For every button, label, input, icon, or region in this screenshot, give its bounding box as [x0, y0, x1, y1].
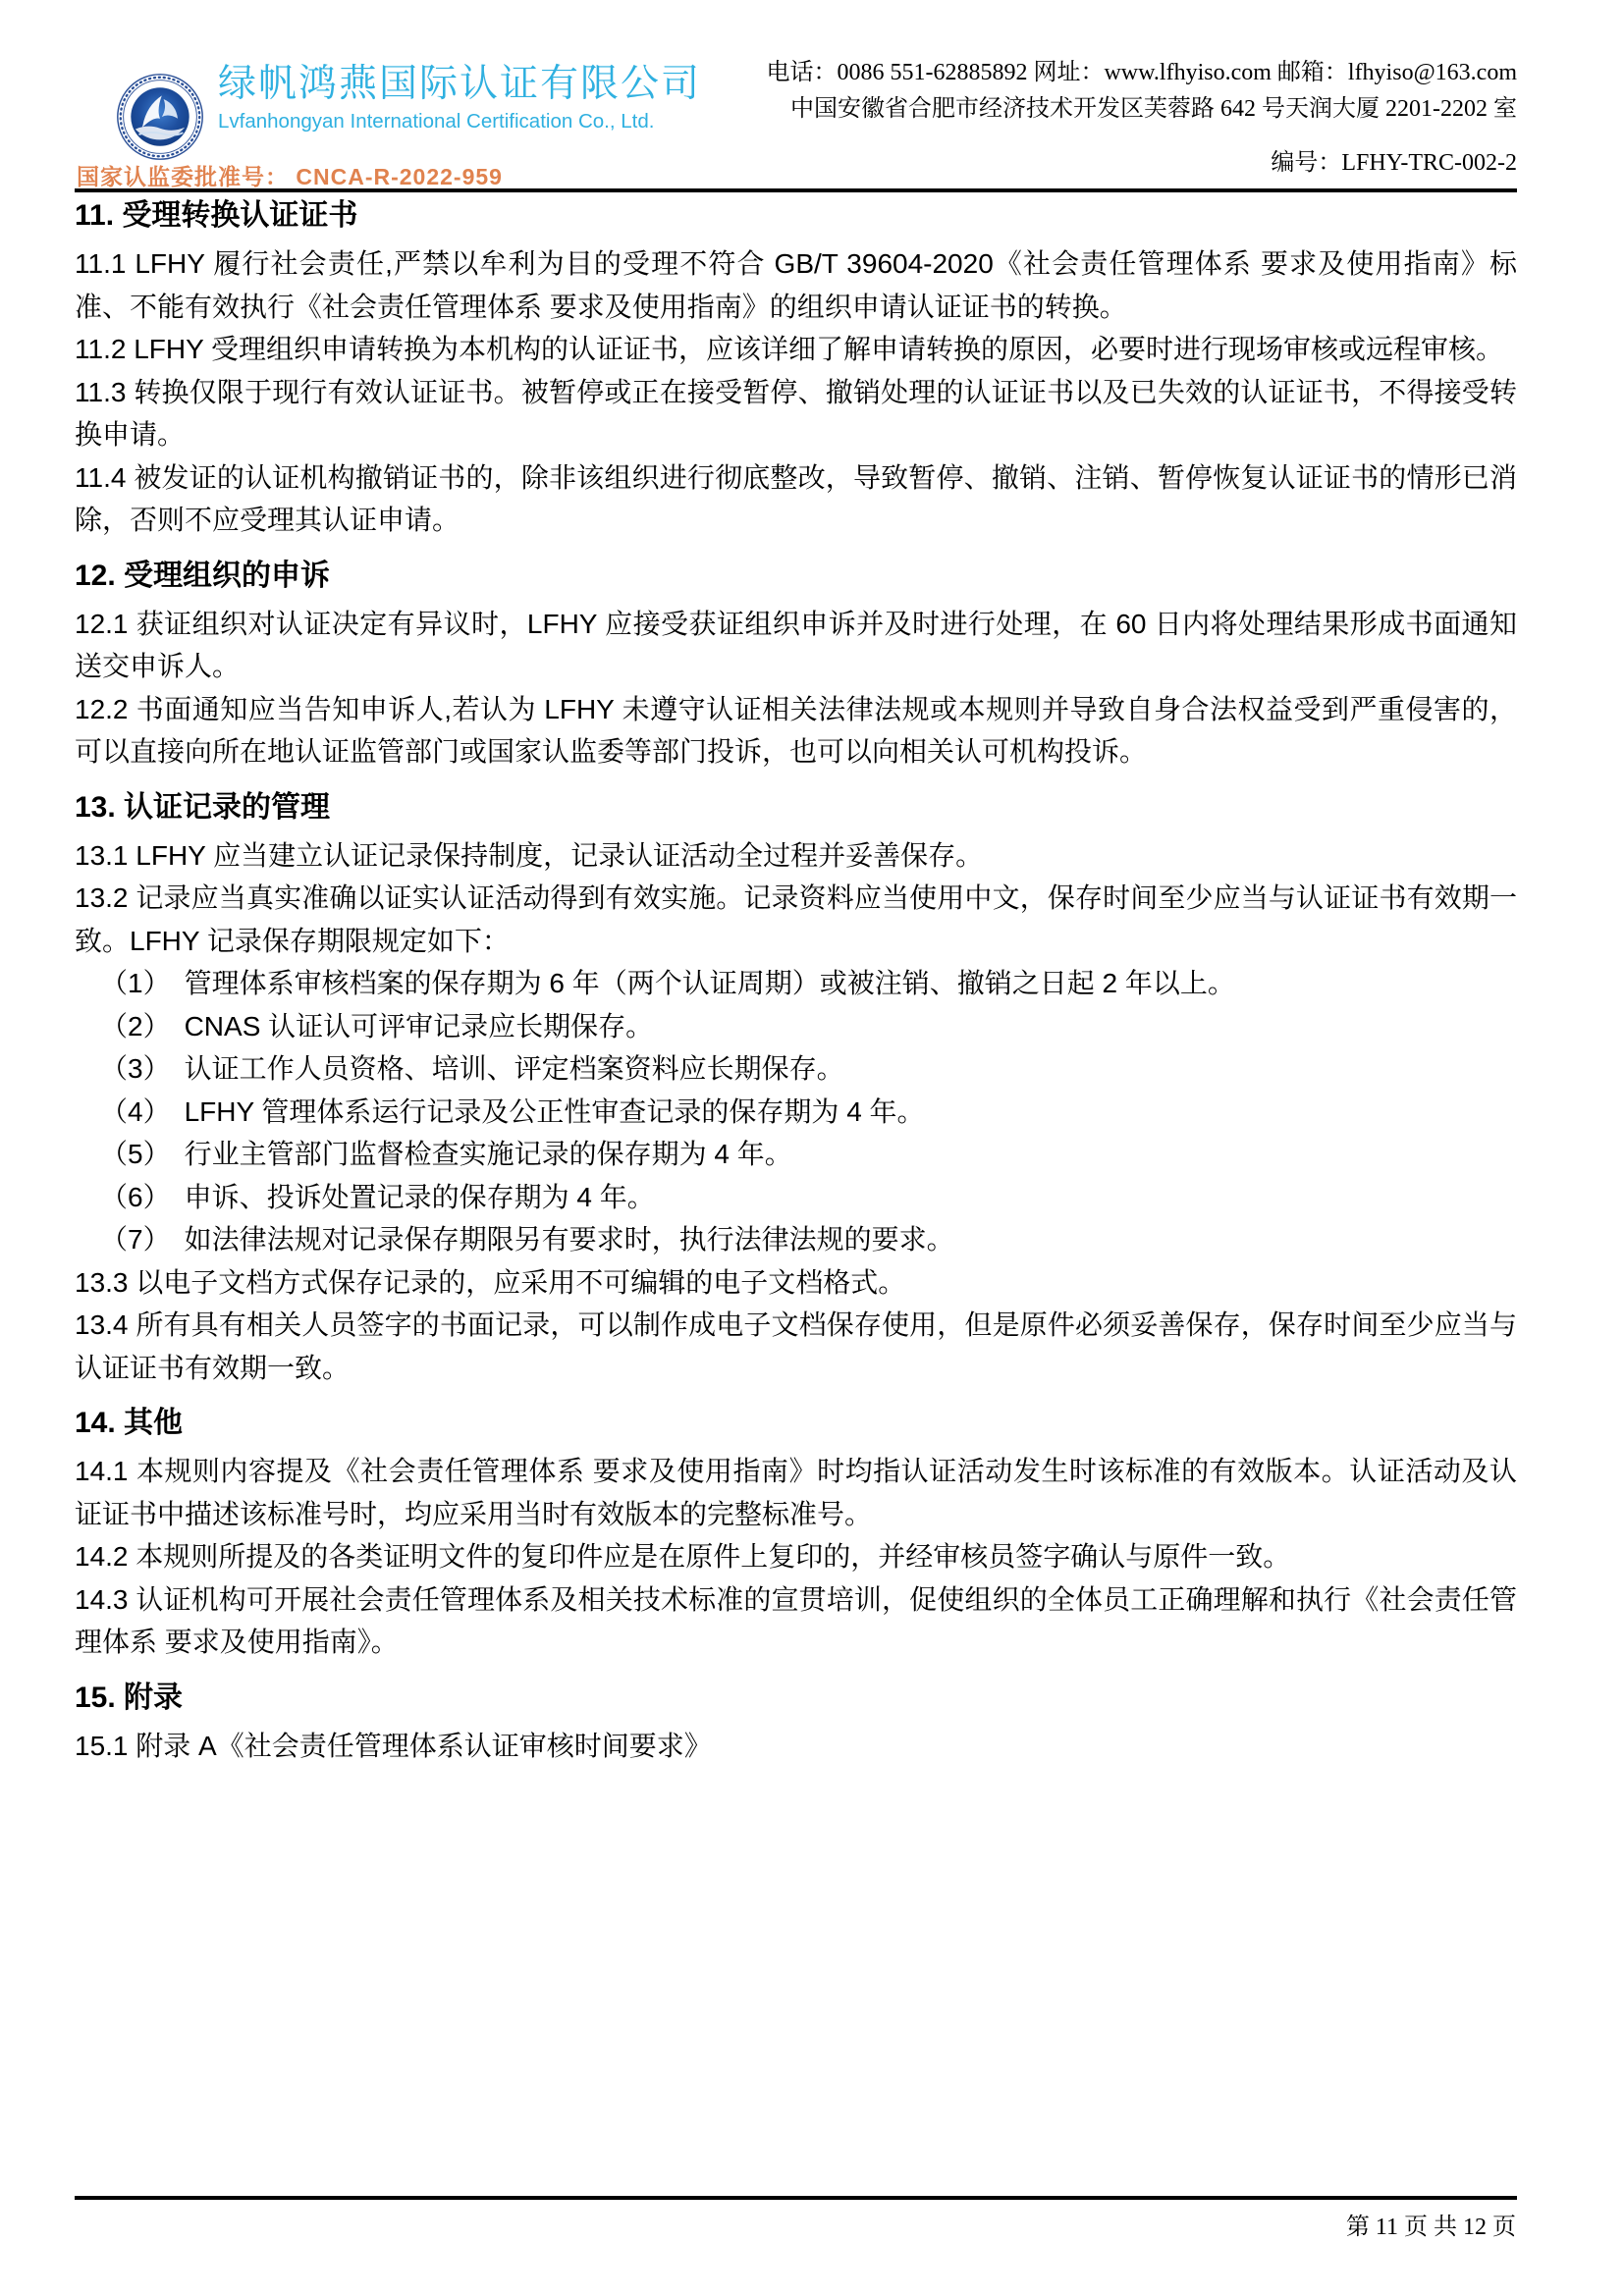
- address-line: 中国安徽省合肥市经济技术开发区芙蓉路 642 号天润大厦 2201-2202 室: [766, 91, 1517, 128]
- section-12-heading: 12. 受理组织的申诉: [75, 559, 1517, 594]
- section-15-heading: 15. 附录: [75, 1681, 1517, 1716]
- document-number: 编号：LFHY-TRC-002-2: [766, 145, 1517, 182]
- clause-13-2: 13.2 记录应当真实准确以证实认证活动得到有效实施。记录资料应当使用中文，保存…: [75, 877, 1517, 962]
- list-item-7: （7） 如法律法规对记录保存期限另有要求时，执行法律法规的要求。: [75, 1218, 1517, 1261]
- section-11-heading: 11. 受理转换认证证书: [75, 198, 1517, 234]
- header-contact-block: 电话：0086 551-62885892 网址：www.lfhyiso.com …: [766, 55, 1517, 182]
- list-item-2: （2） CNAS 认证认可评审记录应长期保存。: [75, 1005, 1517, 1048]
- document-body: 11. 受理转换认证证书 11.1 LFHY 履行社会责任,严禁以牟利为目的受理…: [75, 194, 1517, 1767]
- clause-15-1: 15.1 附录 A《社会责任管理体系认证审核时间要求》: [75, 1725, 1517, 1768]
- document-page: 绿帆鸿燕国际认证有限公司 Lvfanhongyan International …: [0, 0, 1624, 2296]
- clause-12-2: 12.2 书面通知应当告知申诉人,若认为 LFHY 未遵守认证相关法律法规或本规…: [75, 688, 1517, 774]
- clause-11-2: 11.2 LFHY 受理组织申请转换为本机构的认证证书，应该详细了解申请转换的原…: [75, 328, 1517, 371]
- list-item-4: （4） LFHY 管理体系运行记录及公正性审查记录的保存期为 4 年。: [75, 1091, 1517, 1134]
- company-name-cn: 绿帆鸿燕国际认证有限公司: [218, 63, 701, 106]
- brand-block: 绿帆鸿燕国际认证有限公司 Lvfanhongyan International …: [218, 63, 701, 135]
- letterhead: 绿帆鸿燕国际认证有限公司 Lvfanhongyan International …: [75, 49, 1517, 192]
- list-item-5: （5） 行业主管部门监督检查实施记录的保存期为 4 年。: [75, 1133, 1517, 1176]
- section-13-heading: 13. 认证记录的管理: [75, 790, 1517, 826]
- header-divider: [75, 188, 1517, 192]
- list-item-1: （1） 管理体系审核档案的保存期为 6 年（两个认证周期）或被注销、撤销之日起 …: [75, 962, 1517, 1005]
- clause-13-4: 13.4 所有具有相关人员签字的书面记录，可以制作成电子文档保存使用，但是原件必…: [75, 1304, 1517, 1389]
- section-13: 13. 认证记录的管理 13.1 LFHY 应当建立认证记录保持制度，记录认证活…: [75, 790, 1517, 1390]
- clause-13-3: 13.3 以电子文档方式保存记录的，应采用不可编辑的电子文档格式。: [75, 1261, 1517, 1305]
- section-14: 14. 其他 14.1 本规则内容提及《社会责任管理体系 要求及使用指南》时均指…: [75, 1406, 1517, 1664]
- clause-11-3: 11.3 转换仅限于现行有效认证证书。被暂停或正在接受暂停、撤销处理的认证证书以…: [75, 371, 1517, 456]
- clause-13-1: 13.1 LFHY 应当建立认证记录保持制度，记录认证活动全过程并妥善保存。: [75, 834, 1517, 878]
- section-15: 15. 附录 15.1 附录 A《社会责任管理体系认证审核时间要求》: [75, 1681, 1517, 1768]
- contact-line: 电话：0086 551-62885892 网址：www.lfhyiso.com …: [766, 55, 1517, 91]
- page-number: 第 11 页 共 12 页: [1346, 2207, 1516, 2241]
- clause-14-3: 14.3 认证机构可开展社会责任管理体系及相关技术标准的宣贯培训，促使组织的全体…: [75, 1578, 1517, 1664]
- clause-14-1: 14.1 本规则内容提及《社会责任管理体系 要求及使用指南》时均指认证活动发生时…: [75, 1450, 1517, 1535]
- clause-11-4: 11.4 被发证的认证机构撤销证书的，除非该组织进行彻底整改，导致暂停、撤销、注…: [75, 456, 1517, 542]
- cnca-approval-number: 国家认监委批准号： CNCA-R-2022-959: [77, 159, 503, 191]
- company-name-en: Lvfanhongyan International Certification…: [218, 108, 701, 135]
- footer-divider: [75, 2196, 1517, 2200]
- list-item-3: （3） 认证工作人员资格、培训、评定档案资料应长期保存。: [75, 1047, 1517, 1091]
- section-11: 11. 受理转换认证证书 11.1 LFHY 履行社会责任,严禁以牟利为目的受理…: [75, 198, 1517, 542]
- section-14-heading: 14. 其他: [75, 1406, 1517, 1441]
- company-seal-logo-icon: [116, 73, 204, 161]
- section-12: 12. 受理组织的申诉 12.1 获证组织对认证决定有异议时，LFHY 应接受获…: [75, 559, 1517, 774]
- clause-14-2: 14.2 本规则所提及的各类证明文件的复印件应是在原件上复印的，并经审核员签字确…: [75, 1535, 1517, 1578]
- clause-11-1: 11.1 LFHY 履行社会责任,严禁以牟利为目的受理不符合 GB/T 3960…: [75, 242, 1517, 328]
- list-item-6: （6） 申诉、投诉处置记录的保存期为 4 年。: [75, 1176, 1517, 1219]
- clause-12-1: 12.1 获证组织对认证决定有异议时，LFHY 应接受获证组织申诉并及时进行处理…: [75, 603, 1517, 688]
